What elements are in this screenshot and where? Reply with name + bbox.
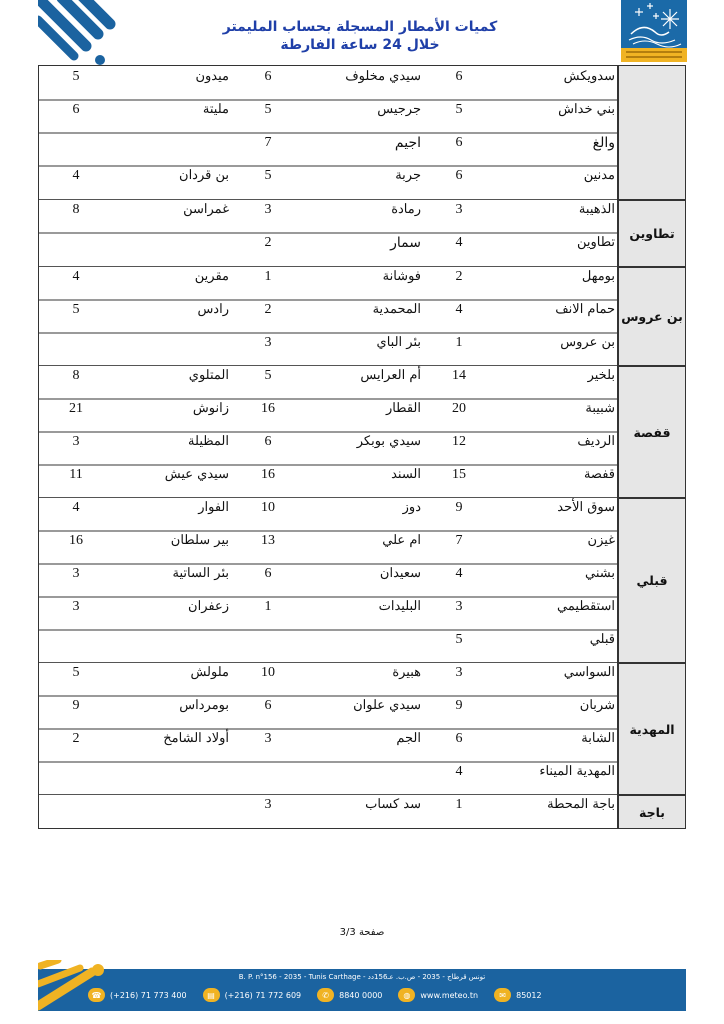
rainfall-table: سدويكش 6 سيدي مخلوف 6 ميدون 5 بني خداش 5…	[38, 65, 686, 829]
station-name: تطاوين	[577, 235, 615, 251]
rainfall-value: 14	[444, 368, 474, 384]
rainfall-value: 12	[444, 434, 474, 450]
rainfall-value: 9	[444, 500, 474, 516]
governorate-group: سدويكش 6 سيدي مخلوف 6 ميدون 5 بني خداش 5…	[39, 66, 685, 199]
postal-address: B. P. n°156 - 2035 - Tunis Carthage - تو…	[38, 973, 686, 981]
rainfall-value: 6	[253, 69, 283, 85]
rainfall-value: 3	[444, 599, 474, 615]
rainfall-value: 2	[253, 235, 283, 251]
station-name: السواسي	[564, 665, 615, 681]
rainfall-value: 3	[253, 335, 283, 351]
table-row: الرديف 12 سيدي بوبكر 6 المظيلة 3	[39, 431, 617, 464]
rainfall-value: 2	[253, 302, 283, 318]
phone-icon: ☎	[88, 988, 105, 1002]
rainfall-value: 3	[253, 797, 283, 813]
station-name: سيدي بوبكر	[357, 434, 421, 450]
table-row: مدنين 6 جربة 5 بن قردان 4	[39, 165, 617, 198]
footer-stripes-icon	[38, 960, 108, 1011]
rainfall-value: 3	[253, 202, 283, 218]
governorate-cell: باجة	[617, 794, 685, 828]
governorate-group: قبلي سوق الأحد 9 دوز 10 الفوار 4 غيزن 7 …	[39, 497, 685, 662]
table-row: سدويكش 6 سيدي مخلوف 6 ميدون 5	[39, 66, 617, 99]
contact-hotline[interactable]: ✆ 8840 0000	[317, 988, 382, 1002]
governorate-cell: بن عروس	[617, 266, 685, 365]
rainfall-value: 4	[444, 764, 474, 780]
fax-icon: ▤	[203, 988, 220, 1002]
rainfall-value: 3	[61, 599, 91, 615]
station-name: المظيلة	[188, 434, 229, 450]
rainfall-value: 2	[444, 269, 474, 285]
table-row: بن عروس 1 بئر الباي 3	[39, 332, 617, 365]
station-name: رمادة	[391, 202, 421, 218]
rainfall-value: 6	[444, 69, 474, 85]
table-row: السواسي 3 هبيرة 10 ملولش 5	[39, 662, 617, 695]
table-row: بلخير 14 أم العرايس 5 المتلوي 8	[39, 365, 617, 398]
rainfall-value: 5	[61, 302, 91, 318]
table-row: قفصة 15 السند 16 سيدي عيش 11	[39, 464, 617, 497]
station-name: جرجيس	[377, 102, 421, 118]
title-line-1: كميات الأمطار المسجلة بحساب المليمتر	[200, 18, 520, 36]
rainfall-value: 6	[253, 698, 283, 714]
station-name: مليتة	[203, 102, 229, 118]
station-name: المحمدية	[373, 302, 421, 318]
rainfall-value: 3	[61, 434, 91, 450]
governorate-cell	[617, 66, 685, 199]
title-line-2: خلال 24 ساعة الفارطة	[200, 36, 520, 54]
rainfall-value: 3	[253, 731, 283, 747]
station-name: بشني	[585, 566, 615, 582]
station-name: الرديف	[577, 434, 615, 450]
table-row: والغ 6 اجيم 7	[39, 132, 617, 165]
station-name: السند	[391, 467, 421, 483]
governorate-group: قفصة بلخير 14 أم العرايس 5 المتلوي 8 شبي…	[39, 365, 685, 497]
rainfall-value: 5	[61, 665, 91, 681]
table-row: بومهل 2 فوشانة 1 مقرين 4	[39, 266, 617, 299]
rainfall-value: 10	[253, 500, 283, 516]
rainfall-value: 5	[444, 632, 474, 648]
rainfall-value: 5	[253, 102, 283, 118]
governorate-cell: قبلي	[617, 497, 685, 662]
contact-phone[interactable]: ☎ (+216) 71 773 400	[88, 988, 187, 1002]
station-name: زانوش	[193, 401, 229, 417]
table-row: بشني 4 سعيدان 6 بئر الساتية 3	[39, 563, 617, 596]
contact-text: www.meteo.tn	[420, 991, 478, 1000]
rainfall-value: 4	[61, 500, 91, 516]
table-row: غيزن 7 ام علي 13 بير سلطان 16	[39, 530, 617, 563]
station-name: بئر الساتية	[173, 566, 230, 582]
rainfall-value: 6	[444, 135, 474, 151]
contact-text: 8840 0000	[339, 991, 382, 1000]
station-name: رادس	[197, 302, 229, 318]
station-name: غيزن	[588, 533, 615, 549]
table-row: سوق الأحد 9 دوز 10 الفوار 4	[39, 497, 617, 530]
station-name: شبيبة	[585, 401, 615, 417]
station-name: سيدي علوان	[353, 698, 421, 714]
table-row: الذهيبة 3 رمادة 3 غمراسن 8	[39, 199, 617, 232]
station-name: حمام الانف	[555, 302, 615, 318]
station-name: سيدي مخلوف	[345, 69, 421, 85]
rainfall-value: 4	[444, 302, 474, 318]
station-name: بير سلطان	[171, 533, 229, 549]
station-name: بلخير	[588, 368, 615, 384]
rainfall-value: 13	[253, 533, 283, 549]
rainfall-value: 2	[61, 731, 91, 747]
footer-bar: B. P. n°156 - 2035 - Tunis Carthage - تو…	[38, 960, 686, 1011]
station-name: بئر الباي	[377, 335, 421, 351]
station-name: قبلي	[590, 632, 615, 648]
contact-list: ☎ (+216) 71 773 400 ▤ (+216) 71 772 609 …	[88, 987, 558, 1003]
rainfall-value: 6	[444, 731, 474, 747]
rainfall-value: 9	[444, 698, 474, 714]
inm-logo	[621, 0, 687, 62]
rainfall-value: 7	[444, 533, 474, 549]
governorate-cell: قفصة	[617, 365, 685, 497]
station-name: سيدي عيش	[165, 467, 229, 483]
station-name: سد كساب	[365, 797, 421, 813]
station-name: بن قردان	[179, 168, 229, 184]
rainfall-value: 16	[253, 401, 283, 417]
station-name: البليدات	[379, 599, 421, 615]
station-name: اجيم	[395, 135, 421, 151]
sms-icon: ✉	[494, 988, 511, 1002]
table-row: بني خداش 5 جرجيس 5 مليتة 6	[39, 99, 617, 132]
rainfall-value: 3	[444, 202, 474, 218]
station-name: سوق الأحد	[557, 500, 615, 516]
rainfall-value: 4	[444, 235, 474, 251]
rainfall-value: 6	[253, 434, 283, 450]
station-name: بومرداس	[179, 698, 229, 714]
contact-text: (+216) 71 772 609	[225, 991, 302, 1000]
governorate-group: المهدية السواسي 3 هبيرة 10 ملولش 5 شربان…	[39, 662, 685, 794]
rainfall-value: 1	[444, 797, 474, 813]
rainfall-value: 6	[61, 102, 91, 118]
rainfall-value: 6	[444, 168, 474, 184]
station-name: جربة	[395, 168, 421, 184]
station-name: سدويكش	[564, 69, 615, 85]
table-row: الشابة 6 الجم 3 أولاد الشامخ 2	[39, 728, 617, 761]
governorate-group: باجة باجة المحطة 1 سد كساب 3	[39, 794, 685, 828]
rainfall-value: 16	[61, 533, 91, 549]
rainfall-value: 5	[444, 102, 474, 118]
rainfall-value: 1	[253, 599, 283, 615]
rainfall-value: 4	[61, 168, 91, 184]
contact-sms[interactable]: ✉ 85012	[494, 988, 541, 1002]
rainfall-value: 20	[444, 401, 474, 417]
rainfall-value: 5	[253, 168, 283, 184]
station-name: والغ	[593, 135, 615, 151]
governorate-cell: تطاوين	[617, 199, 685, 266]
rainfall-value: 8	[61, 368, 91, 384]
table-row: استقطيمي 3 البليدات 1 زعفران 3	[39, 596, 617, 629]
contact-text: (+216) 71 773 400	[110, 991, 187, 1000]
station-name: سعيدان	[380, 566, 421, 582]
table-row: تطاوين 4 سمار 2	[39, 232, 617, 265]
stripe-logo	[38, 0, 118, 66]
station-name: غمراسن	[183, 202, 229, 218]
rainfall-value: 5	[61, 69, 91, 85]
governorate-group: تطاوين الذهيبة 3 رمادة 3 غمراسن 8 تطاوين…	[39, 199, 685, 266]
station-name: فوشانة	[383, 269, 421, 285]
station-name: ملولش	[190, 665, 229, 681]
table-row: شربان 9 سيدي علوان 6 بومرداس 9	[39, 695, 617, 728]
station-name: الفوار	[198, 500, 229, 516]
rainfall-value: 1	[253, 269, 283, 285]
governorate-cell: المهدية	[617, 662, 685, 794]
table-row: قبلي 5	[39, 629, 617, 662]
station-name: القطار	[386, 401, 421, 417]
rainfall-value: 4	[444, 566, 474, 582]
station-name: شربان	[580, 698, 615, 714]
rainfall-value: 4	[61, 269, 91, 285]
station-name: بومهل	[582, 269, 615, 285]
table-row: المهدية الميناء 4	[39, 761, 617, 794]
rainfall-value: 21	[61, 401, 91, 417]
station-name: ام علي	[382, 533, 421, 549]
rainfall-value: 6	[253, 566, 283, 582]
rainfall-value: 16	[253, 467, 283, 483]
station-name: بني خداش	[558, 102, 615, 118]
station-name: ميدون	[195, 69, 229, 85]
globe-icon: ◍	[398, 988, 415, 1002]
station-name: هبيرة	[392, 665, 421, 681]
station-name: زعفران	[188, 599, 229, 615]
rainfall-value: 10	[253, 665, 283, 681]
table-row: باجة المحطة 1 سد كساب 3	[39, 794, 617, 827]
page-number: صفحة 3/3	[312, 927, 412, 938]
station-name: مدنين	[584, 168, 615, 184]
rainfall-value: 1	[444, 335, 474, 351]
rainfall-value: 3	[61, 566, 91, 582]
contact-website[interactable]: ◍ www.meteo.tn	[398, 988, 478, 1002]
hotline-icon: ✆	[317, 988, 334, 1002]
station-name: دوز	[403, 500, 421, 516]
station-name: المتلوي	[189, 368, 229, 384]
station-name: الشابة	[581, 731, 615, 747]
page-title: كميات الأمطار المسجلة بحساب المليمتر خلا…	[200, 18, 520, 54]
station-name: مقرين	[195, 269, 229, 285]
station-name: الجم	[396, 731, 421, 747]
station-name: باجة المحطة	[547, 797, 615, 813]
rainfall-value: 5	[253, 368, 283, 384]
station-name: قفصة	[584, 467, 615, 483]
governorate-group: بن عروس بومهل 2 فوشانة 1 مقرين 4 حمام ال…	[39, 266, 685, 365]
rainfall-value: 11	[61, 467, 91, 483]
table-row: شبيبة 20 القطار 16 زانوش 21	[39, 398, 617, 431]
station-name: بن عروس	[560, 335, 615, 351]
station-name: الذهيبة	[579, 202, 615, 218]
station-name: أولاد الشامخ	[163, 731, 229, 747]
station-name: سمار	[390, 235, 421, 251]
rainfall-value: 3	[444, 665, 474, 681]
table-row: حمام الانف 4 المحمدية 2 رادس 5	[39, 299, 617, 332]
station-name: المهدية الميناء	[539, 764, 615, 780]
rainfall-value: 15	[444, 467, 474, 483]
rainfall-value: 8	[61, 202, 91, 218]
rainfall-value: 7	[253, 135, 283, 151]
station-name: أم العرايس	[360, 368, 421, 384]
rainfall-value: 9	[61, 698, 91, 714]
contact-fax[interactable]: ▤ (+216) 71 772 609	[203, 988, 302, 1002]
station-name: استقطيمي	[557, 599, 615, 615]
contact-text: 85012	[516, 991, 541, 1000]
